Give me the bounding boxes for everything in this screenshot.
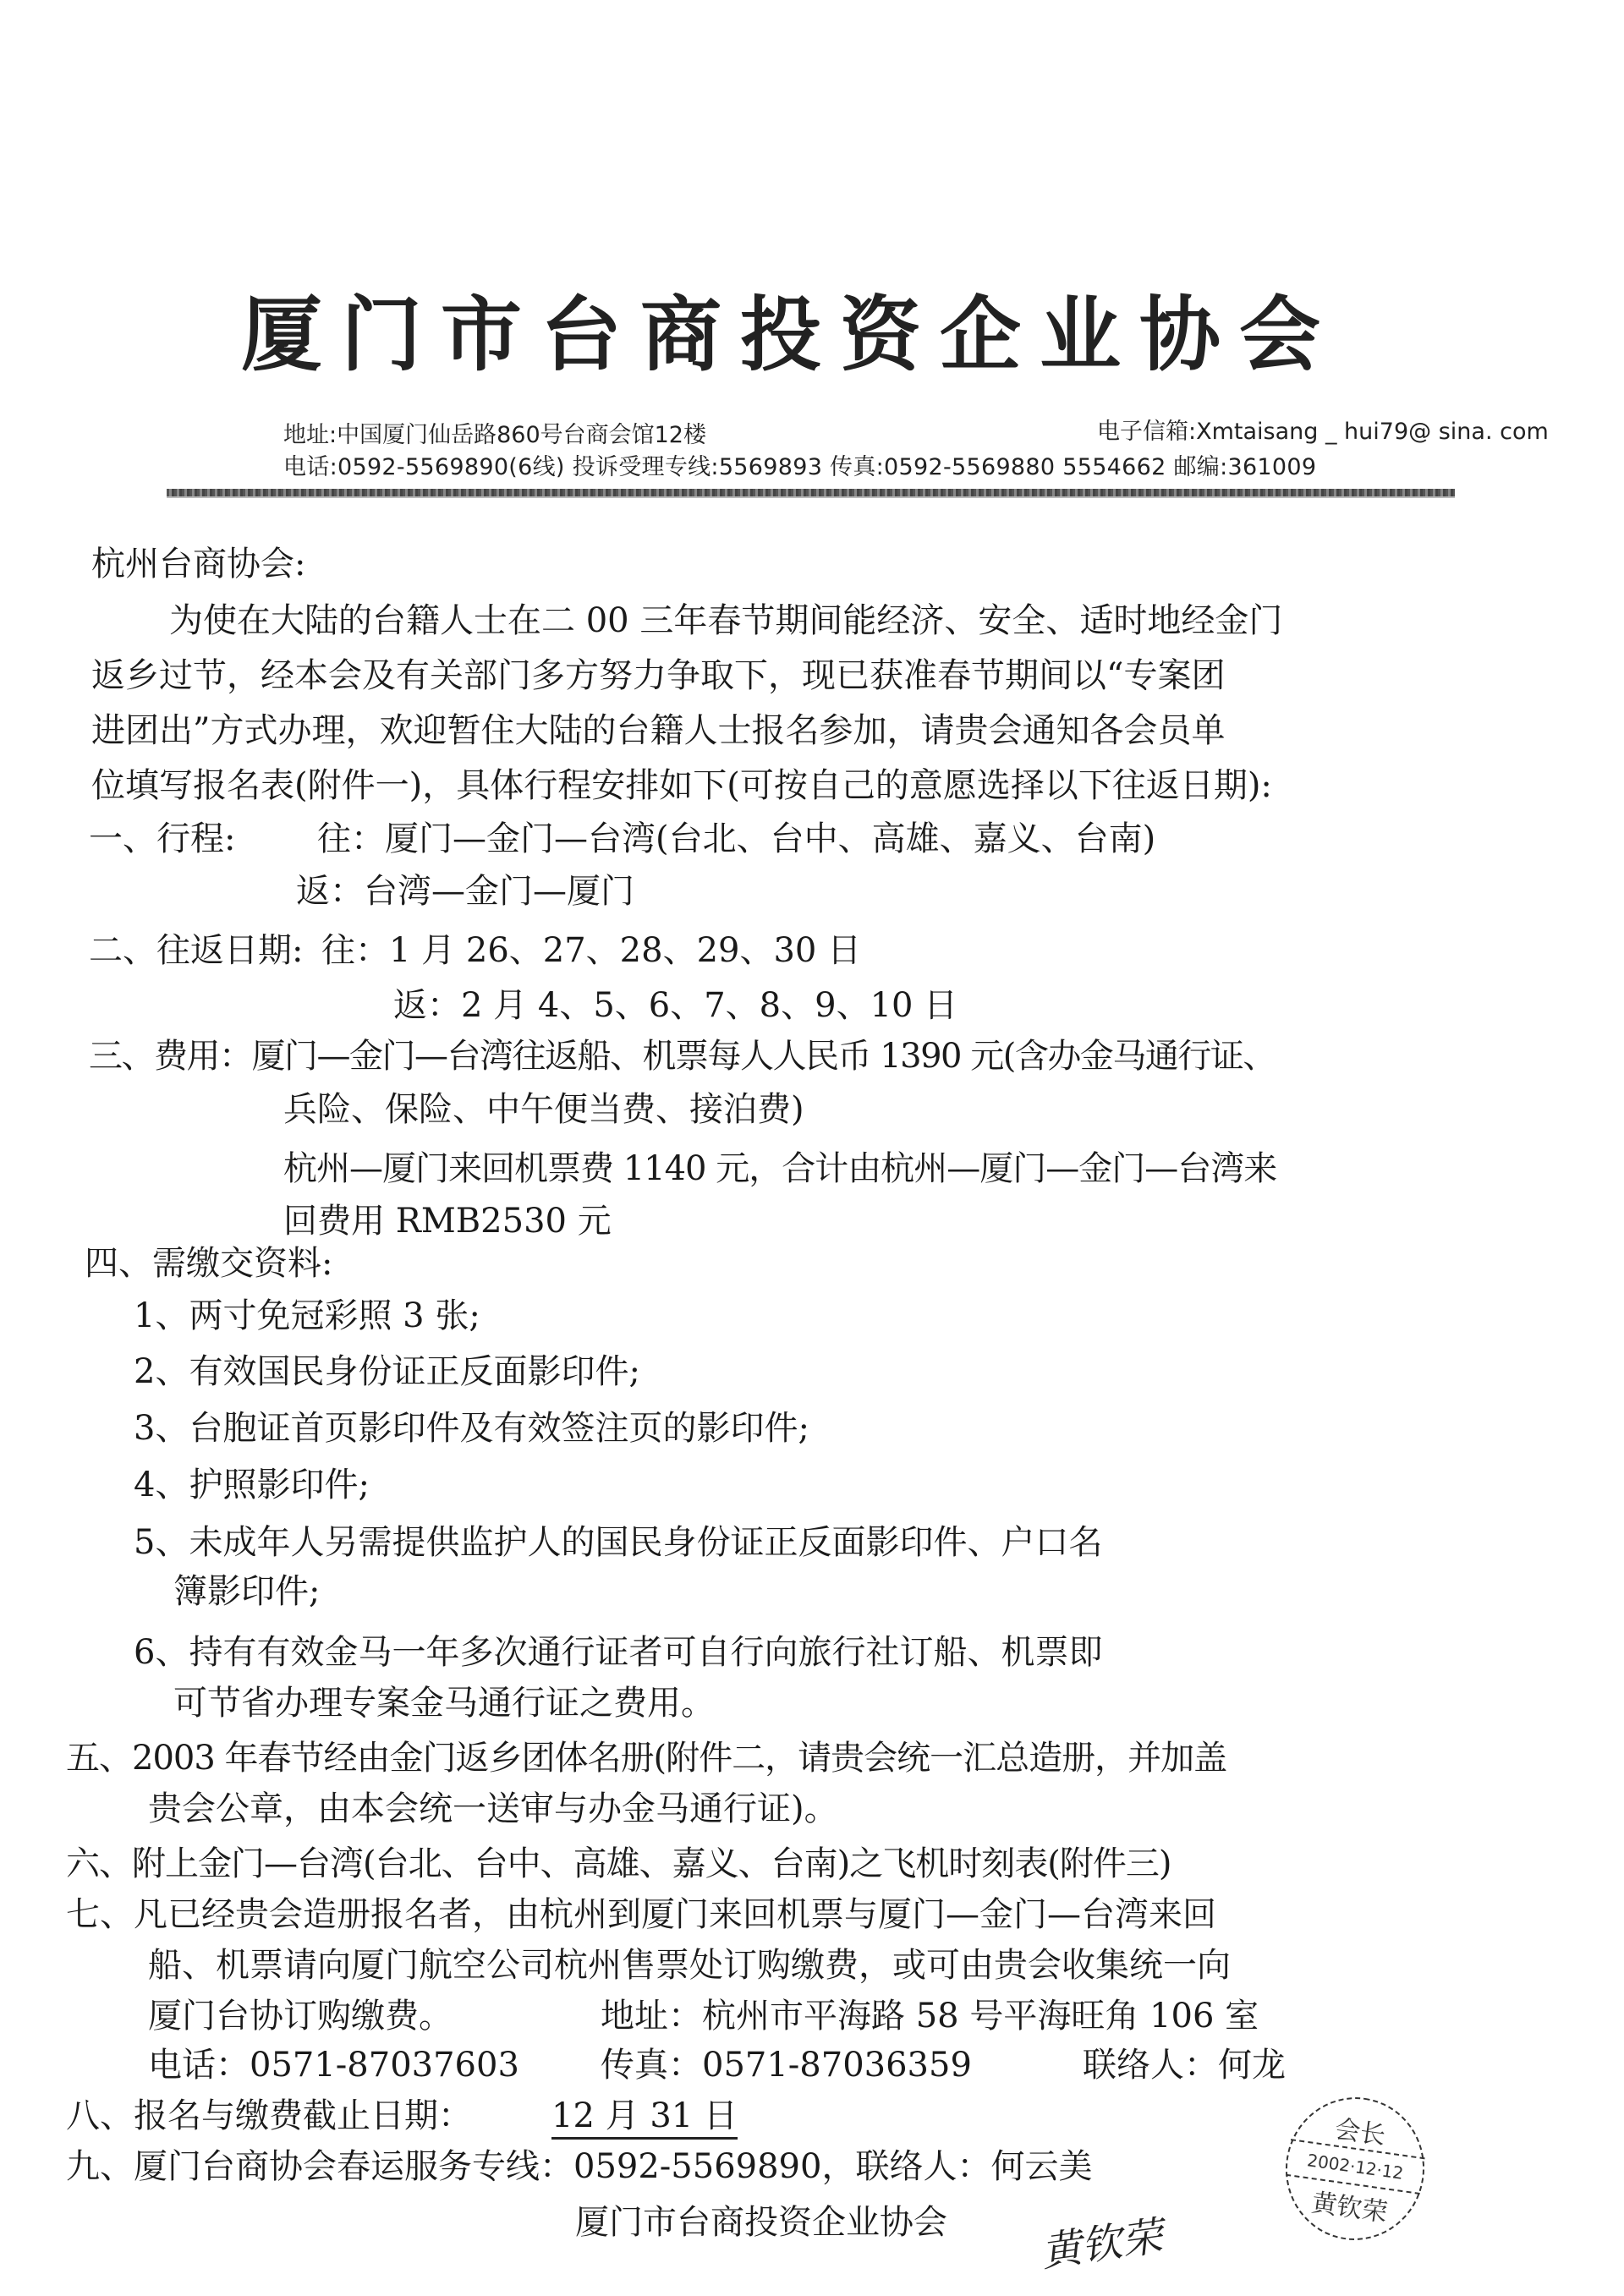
section-7-fax: 传真：0571-87036359 (601, 2045, 972, 2085)
section-4-label: 四、需缴交资料: (85, 1243, 332, 1284)
section-4-item-2: 2、有效国民身份证正反面影印件; (134, 1351, 640, 1392)
section-2-return: 返：2 月 4、5、6、7、8、9、10 日 (393, 985, 957, 1026)
deadline-wrapper: 12 月 31 日 (551, 2096, 738, 2136)
section-4-item-1: 1、两寸免冠彩照 3 张; (134, 1296, 480, 1336)
intro-line-4: 位填写报名表(附件一)，具体行程安排如下(可按自己的意愿选择以下往返日期): (91, 765, 1272, 806)
section-4-item-4: 4、护照影印件; (134, 1465, 370, 1505)
section-4-item-5: 5、未成年人另需提供监护人的国民身份证正反面影印件、户口名 (134, 1522, 1102, 1563)
section-6-line-1: 六、附上金门—台湾(台北、台中、高雄、嘉义、台南)之飞机时刻表(附件三) (66, 1844, 1171, 1884)
section-3-line-4: 回费用 RMB2530 元 (283, 1201, 612, 1241)
section-2-outbound: 往：1 月 26、27、28、29、30 日 (321, 930, 861, 971)
section-7-phone: 电话：0571-87037603 (148, 2045, 519, 2085)
section-3-line-3: 杭州—厦门来回机票费 1140 元，合计由杭州—厦门—金门—台湾来 (283, 1148, 1276, 1189)
official-seal-stamp: 会长 2002·12·12 黄钦荣 (1276, 2088, 1434, 2249)
section-7-address: 地址：杭州市平海路 58 号平海旺角 106 室 (601, 1996, 1259, 2036)
section-1-label: 一、行程: (89, 819, 235, 859)
section-4-item-3: 3、台胞证首页影印件及有效签注页的影印件; (134, 1408, 809, 1449)
section-4-item-6: 6、持有有效金马一年多次通行证者可自行向旅行社订船、机票即 (134, 1632, 1102, 1673)
section-7-line-2: 船、机票请向厦门航空公司杭州售票处订购缴费，或可由贵会收集统一向 (148, 1945, 1231, 1986)
letterhead-address: 地址:中国厦门仙岳路860号台商会馆12楼 (283, 416, 706, 449)
section-2-label: 二、往返日期: (89, 930, 303, 971)
intro-line-1: 为使在大陆的台籍人士在二 00 三年春节期间能经济、安全、适时地经金门 (169, 600, 1282, 641)
intro-line-2: 返乡过节，经本会及有关部门多方努力争取下，现已获准春节期间以“专案团 (91, 655, 1225, 696)
section-1-outbound: 往：厦门—金门—台湾(台北、台中、高雄、嘉义、台南) (317, 819, 1155, 859)
section-3-line-1: 三、费用：厦门—金门—台湾往返船、机票每人人民币 1390 元(含办金马通行证、 (89, 1036, 1276, 1077)
section-5-line-1: 五、2003 年春节经由金门返乡团体名册(附件二，请贵会统一汇总造册，并加盖 (66, 1738, 1226, 1778)
section-5-line-2: 贵会公章，由本会统一送审与办金马通行证)。 (148, 1789, 838, 1829)
section-7-contact: 联络人：何龙 (1083, 2045, 1286, 2085)
letterhead-title: 厦门市台商投资企业协会 (241, 271, 1339, 386)
deadline-date: 12 月 31 日 (551, 2096, 738, 2140)
letterhead-email: 电子信箱:Xmtaisang _ hui79@ sina. com (1097, 413, 1549, 446)
section-1-return: 返：台湾—金门—厦门 (296, 871, 634, 912)
closing-organization: 厦门市台商投资企业协会 (575, 2202, 947, 2243)
section-7-line-3: 厦门台协订购缴费。 (148, 1996, 453, 2036)
section-3-line-2: 兵险、保险、中午便当费、接泊费) (283, 1089, 804, 1130)
section-4-item-5-cont: 簿影印件; (173, 1571, 320, 1612)
section-8-label: 八、报名与缴费截止日期： (66, 2096, 472, 2136)
section-9-line-1: 九、厦门台商协会春运服务专线：0592-5569890，联络人：何云美 (66, 2146, 1092, 2187)
letterhead-contact-line: 电话:0592-5569890(6线) 投诉受理专线:5569893 传真:05… (283, 448, 1316, 481)
section-4-item-6-cont: 可节省办理专案金马通行证之费用。 (173, 1683, 715, 1723)
handwritten-signature: 黄钦荣 (1037, 2203, 1166, 2277)
letterhead-divider (167, 489, 1455, 498)
salutation: 杭州台商协会: (91, 544, 305, 584)
intro-line-3: 进团出”方式办理，欢迎暂住大陆的台籍人士报名参加，请贵会通知各会员单 (91, 710, 1225, 751)
section-7-line-1: 七、凡已经贵会造册报名者，由杭州到厦门来回机票与厦门—金门—台湾来回 (66, 1894, 1216, 1935)
